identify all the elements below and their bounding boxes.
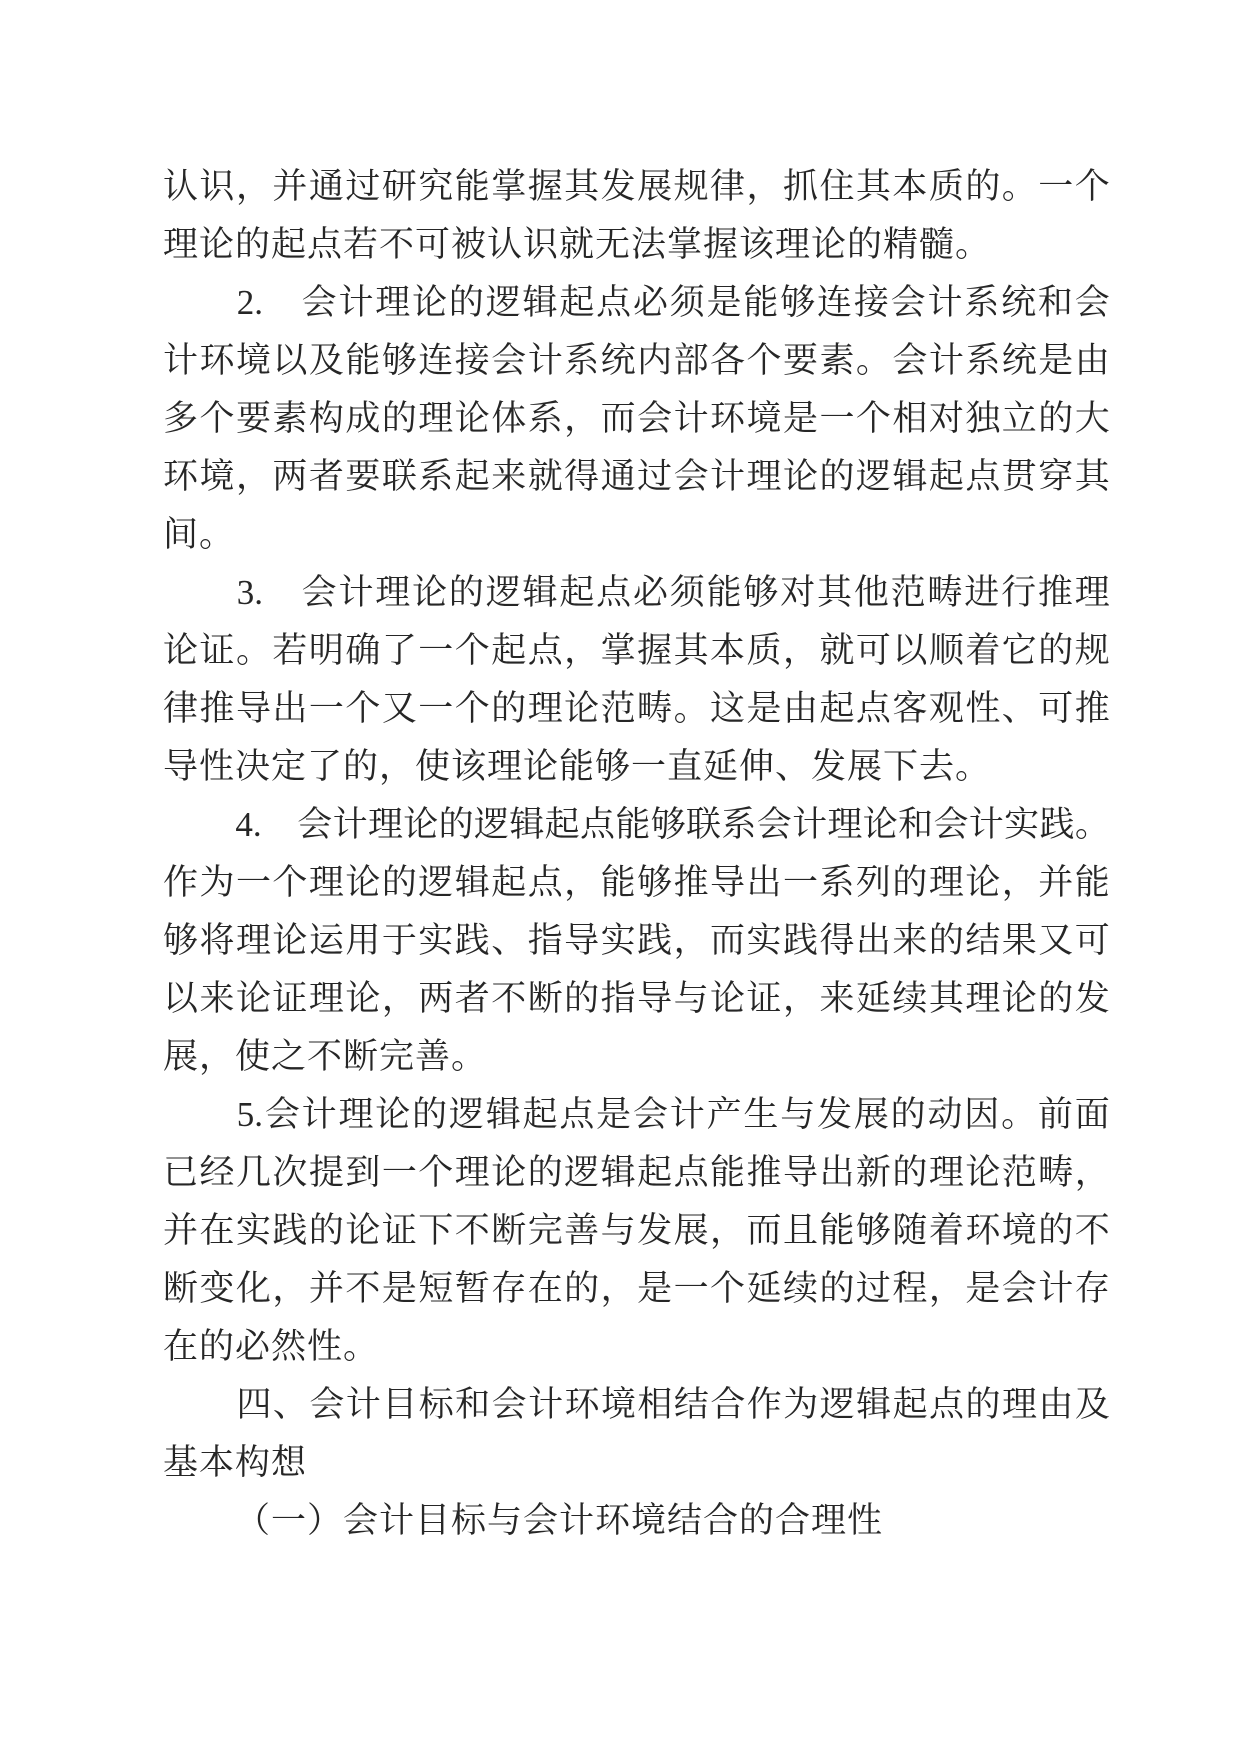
text-line: 律推导出一个又一个的理论范畴。这是由起点客观性、可推 — [163, 680, 1110, 738]
paragraph: 3. 会计理论的逻辑起点必须能够对其他范畴进行推理论证。若明确了一个起点，掌握其… — [163, 564, 1110, 796]
paragraph: （一）会计目标与会计环境结合的合理性 — [163, 1492, 1110, 1550]
text-line: 多个要素构成的理论体系，而会计环境是一个相对独立的大 — [163, 390, 1110, 448]
document-page: 认识，并通过研究能掌握其发展规律，抓住其本质的。一个理论的起点若不可被认识就无法… — [0, 0, 1241, 1754]
text-line: 展，使之不断完善。 — [163, 1028, 1110, 1086]
text-line: 已经几次提到一个理论的逻辑起点能推导出新的理论范畴， — [163, 1144, 1110, 1202]
text-line: 2. 会计理论的逻辑起点必须是能够连接会计系统和会 — [163, 274, 1110, 332]
paragraph-indent — [163, 1086, 235, 1144]
paragraph: 5.会计理论的逻辑起点是会计产生与发展的动因。前面已经几次提到一个理论的逻辑起点… — [163, 1086, 1110, 1376]
text-line: 理论的起点若不可被认识就无法掌握该理论的精髓。 — [163, 216, 1110, 274]
text-line: 够将理论运用于实践、指导实践，而实践得出来的结果又可 — [163, 912, 1110, 970]
paragraph-indent — [163, 564, 235, 622]
text-line: 计环境以及能够连接会计系统内部各个要素。会计系统是由 — [163, 332, 1110, 390]
text-line: 认识，并通过研究能掌握其发展规律，抓住其本质的。一个 — [163, 158, 1110, 216]
text-content: 认识，并通过研究能掌握其发展规律，抓住其本质的。一个理论的起点若不可被认识就无法… — [163, 158, 1110, 1550]
text-line: 间。 — [163, 506, 1110, 564]
paragraph-indent — [163, 274, 235, 332]
text-line: 环境，两者要联系起来就得通过会计理论的逻辑起点贯穿其 — [163, 448, 1110, 506]
paragraph: 4. 会计理论的逻辑起点能够联系会计理论和会计实践。作为一个理论的逻辑起点，能够… — [163, 796, 1110, 1086]
text-line: 3. 会计理论的逻辑起点必须能够对其他范畴进行推理 — [163, 564, 1110, 622]
paragraph: 2. 会计理论的逻辑起点必须是能够连接会计系统和会计环境以及能够连接会计系统内部… — [163, 274, 1110, 564]
text-line: 在的必然性。 — [163, 1318, 1110, 1376]
text-line: 4. 会计理论的逻辑起点能够联系会计理论和会计实践。 — [163, 796, 1110, 854]
text-line: 基本构想 — [163, 1434, 1110, 1492]
text-line: （一）会计目标与会计环境结合的合理性 — [163, 1492, 1110, 1550]
paragraph: 四、会计目标和会计环境相结合作为逻辑起点的理由及基本构想 — [163, 1376, 1110, 1492]
text-line: 以来论证理论，两者不断的指导与论证，来延续其理论的发 — [163, 970, 1110, 1028]
paragraph-indent — [163, 1376, 235, 1434]
paragraph-indent — [163, 796, 235, 854]
text-line: 断变化，并不是短暂存在的，是一个延续的过程，是会计存 — [163, 1260, 1110, 1318]
paragraph: 认识，并通过研究能掌握其发展规律，抓住其本质的。一个理论的起点若不可被认识就无法… — [163, 158, 1110, 274]
text-line: 论证。若明确了一个起点，掌握其本质，就可以顺着它的规 — [163, 622, 1110, 680]
text-line: 并在实践的论证下不断完善与发展，而且能够随着环境的不 — [163, 1202, 1110, 1260]
text-line: 导性决定了的，使该理论能够一直延伸、发展下去。 — [163, 738, 1110, 796]
text-line: 四、会计目标和会计环境相结合作为逻辑起点的理由及 — [163, 1376, 1110, 1434]
text-line: 作为一个理论的逻辑起点，能够推导出一系列的理论，并能 — [163, 854, 1110, 912]
text-line: 5.会计理论的逻辑起点是会计产生与发展的动因。前面 — [163, 1086, 1110, 1144]
